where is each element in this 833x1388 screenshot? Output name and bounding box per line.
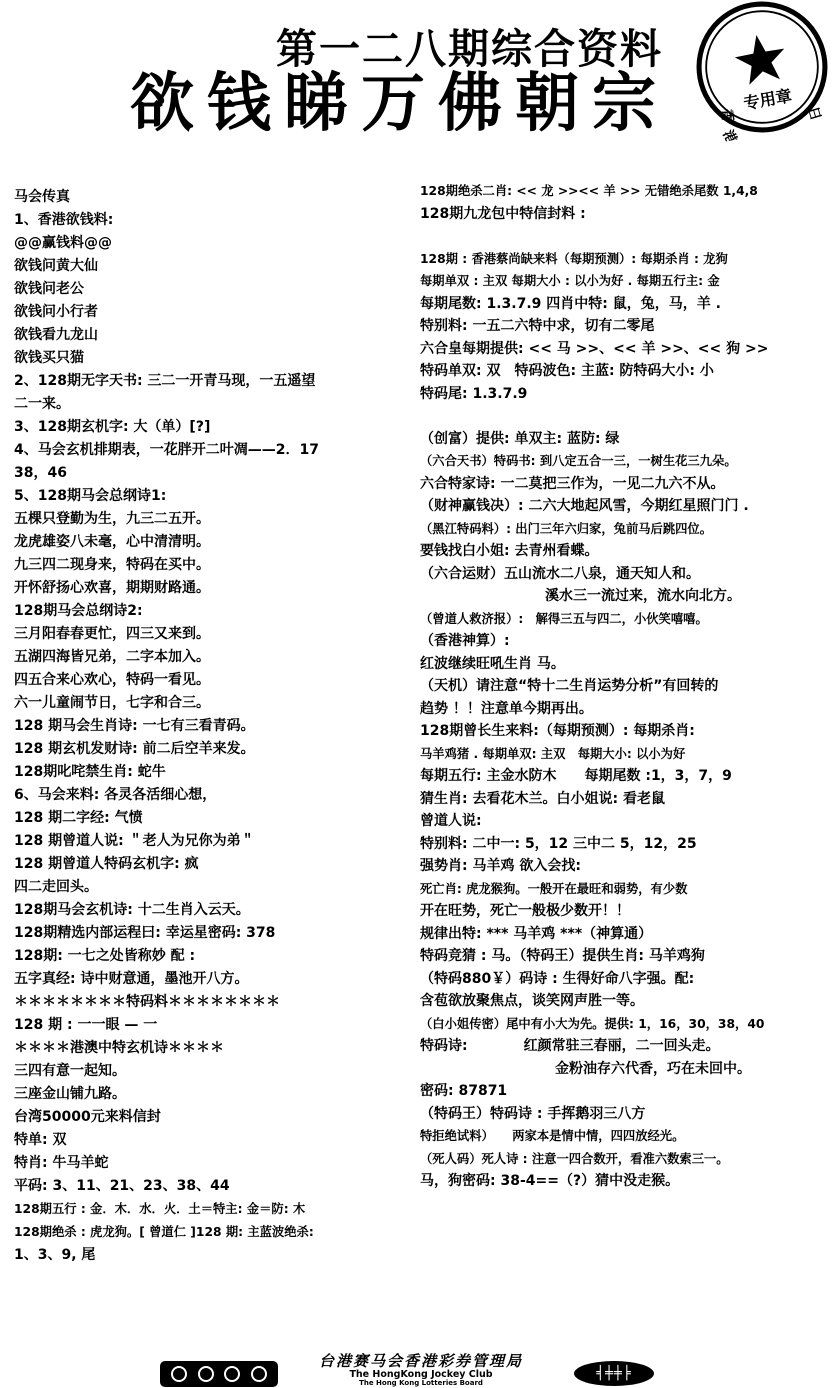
text-line: 128 期曾道人特码玄机字: 疯 (14, 853, 416, 876)
text-line: （曾道人救济报）: 解得三五与四二，小伙笑嘻嘻。 (420, 608, 831, 631)
text-line: 三月阳春春更忙，四三又来到。 (14, 623, 416, 646)
footer-right-oval-logo: ╡╪╪╞ (574, 1361, 654, 1386)
ornament-circle-icon (198, 1366, 214, 1382)
text-line: 3、128期玄机字: 大（单）[?] (14, 416, 416, 439)
text-line: 特码尾: 1.3.7.9 (420, 383, 831, 406)
footer-en-subname: The Hong Kong Lotteries Board (288, 1380, 554, 1387)
text-line: 每期尾数: 1.3.7.9 四肖中特: 鼠，兔，马，羊 . (420, 293, 831, 316)
text-line: 128期五行 : 金．木．水．火．土＝特主: 金＝防: 木 (14, 1198, 416, 1221)
text-line: 特码诗: 红颜常驻三春丽，二一回头走。 (420, 1035, 831, 1058)
text-line: 趋势 ！！注意单今期再出。 (420, 698, 831, 721)
text-line: 特拒绝试料） 两家本是情中情，四四放经光。 (420, 1125, 831, 1148)
text-line: 128期 : 香港蔡尚缺来料（每期预测）: 每期杀肖 : 龙狗 (420, 248, 831, 271)
footer-cn-name: 台港赛马会香港彩券管理局 (288, 1354, 554, 1369)
text-line: 规律出特: *** 马羊鸡 ***（神算通） (420, 923, 831, 946)
text-line: 三座金山铺九路。 (14, 1083, 416, 1106)
text-line: 6、马会来料: 各灵各活细心想， (14, 784, 416, 807)
text-line: 马羊鸡猪 . 每期单双: 主双 每期大小: 以小为好 (420, 743, 831, 766)
text-line: 1、3、9, 尾 (14, 1244, 416, 1267)
text-line: 128期叱咤禁生肖: 蛇牛 (14, 761, 416, 784)
text-line: （六合运财）五山流水二八泉，通天知人和。 (420, 563, 831, 586)
ornament-circle-icon (224, 1366, 240, 1382)
text-line: 台湾50000元来料信封 (14, 1106, 416, 1129)
text-line: （天机）请注意“特十二生肖运势分析”有回转的 (420, 675, 831, 698)
text-line: 五字真经: 诗中财意通，墨池开八方。 (14, 968, 416, 991)
star-icon (732, 31, 790, 87)
text-line: 128 期玄机发财诗: 前二后空羊来发。 (14, 738, 416, 761)
text-line: 五湖四海皆兄弟，二字本加入。 (14, 646, 416, 669)
text-line: 开怀舒扬心欢喜，期期财路通。 (14, 577, 416, 600)
text-line: （特码王）特码诗 : 手挥鹅羽三八方 (420, 1103, 831, 1126)
text-line: 128期精选内部运程曰: 幸运星密码: 378 (14, 922, 416, 945)
text-line: 38，46 (14, 462, 416, 485)
right-column: 128期绝杀二肖: << 龙 >><< 羊 >> 无错绝杀尾数 1,4,8128… (420, 132, 831, 1193)
text-line: 欲钱问黄大仙 (14, 255, 416, 278)
text-line: 密码: 87871 (420, 1080, 831, 1103)
text-line: 平码: 3、11、21、23、38、44 (14, 1175, 416, 1198)
text-line: 128期马会玄机诗: 十二生肖入云天。 (14, 899, 416, 922)
text-line (420, 405, 831, 428)
left-column: 马会传真1、香港欲钱料:@@赢钱料@@欲钱问黄大仙欲钱问老公欲钱问小行者欲钱看九… (14, 138, 416, 1267)
text-line: （香港神算）: (420, 630, 831, 653)
text-line: 每期单双 : 主双 每期大小 : 以小为好 . 每期五行主: 金 (420, 270, 831, 293)
text-line: 特码竞猜 : 马。（特码王）提供生肖: 马羊鸡狗 (420, 945, 831, 968)
seal-bottom-text: 专用章 (742, 86, 793, 113)
tip-sheet-page: 第一二八期综合资料 欲钱睇万佛朝宗 香港六合彩透码日报社 专用章 马会传真1、香… (0, 0, 833, 1388)
footer-organization: 台港赛马会香港彩券管理局 The HongKong Jockey Club Th… (288, 1354, 554, 1387)
text-line: 2、128期无字天书: 三二一开青马现，一五遥望 (14, 370, 416, 393)
text-line: 二一来。 (14, 393, 416, 416)
text-line: 死亡肖: 虎龙猴狗。一般开在最旺和弱势，有少数 (420, 878, 831, 901)
text-line: 1、香港欲钱料: (14, 209, 416, 232)
text-line: （死人码）死人诗 : 注意一四合数开，看准六数索三一。 (420, 1148, 831, 1171)
text-line: （创富）提供: 单双主: 蓝防: 绿 (420, 428, 831, 451)
text-line: 128期绝杀二肖: << 龙 >><< 羊 >> 无错绝杀尾数 1,4,8 (420, 180, 831, 203)
official-seal: 香港六合彩透码日报社 专用章 (684, 0, 833, 145)
text-line: 欲钱问老公 (14, 278, 416, 301)
text-line: 欲钱买只猫 (14, 347, 416, 370)
text-line: 六一儿童闹节日，七字和合三。 (14, 692, 416, 715)
text-line: 128 期 : 一一眼 — 一 (14, 1014, 416, 1037)
footer-left-seal-logo (160, 1361, 278, 1387)
text-line: 金粉油存六代香，巧在未回中。 (420, 1058, 831, 1081)
ornament-circle-icon (251, 1366, 267, 1382)
text-line: 欲钱问小行者 (14, 301, 416, 324)
text-line: 特单: 双 (14, 1129, 416, 1152)
text-line: 含苞欲放聚焦点，谈笑网声胜一等。 (420, 990, 831, 1013)
text-line: （白小姐传密）尾中有小大为先。提供: 1，16，30，38，40 (420, 1013, 831, 1036)
text-line: 128 期二字经: 气愤 (14, 807, 416, 830)
text-line: 128期绝杀 : 虎龙狗。[ 曾道仁 ]128 期: 主蓝波绝杀: (14, 1221, 416, 1244)
text-line: ＊＊＊＊＊＊＊＊特码料＊＊＊＊＊＊＊＊ (14, 991, 416, 1014)
text-line: 128期: 一七之处皆称妙 配 : (14, 945, 416, 968)
text-line: 红波继续旺吼生肖 马。 (420, 653, 831, 676)
ornament-circle-icon (171, 1366, 187, 1382)
text-line: 四五合来心欢心，特码一看见。 (14, 669, 416, 692)
text-line: 猜生肖: 去看花木兰。白小姐说: 看老鼠 (420, 788, 831, 811)
text-line: 特肖: 牛马羊蛇 (14, 1152, 416, 1175)
text-line: ＊＊＊＊港澳中特玄机诗＊＊＊＊ (14, 1037, 416, 1060)
text-line: 四二走回头。 (14, 876, 416, 899)
text-line: 欲钱看九龙山 (14, 324, 416, 347)
text-line: 特码单双: 双 特码波色: 主蓝: 防特码大小: 小 (420, 360, 831, 383)
text-line: 九三四二现身来，特码在买中。 (14, 554, 416, 577)
text-line: 128期九龙包中特信封料 : (420, 203, 831, 226)
text-line: 溪水三一流过来，流水向北方。 (420, 585, 831, 608)
text-line: 六合皇每期提供: << 马 >>、<< 羊 >>、<< 狗 >> (420, 338, 831, 361)
text-line: 每期五行: 主金水防木 每期尾数 :1，3，7，9 (420, 765, 831, 788)
text-line: @@赢钱料@@ (14, 232, 416, 255)
text-line: 五棵只登勤为生，九三二五开。 (14, 508, 416, 531)
text-line: 曾道人说: (420, 810, 831, 833)
text-line: （财神赢钱决）: 二六大地起风雪，今期红星照门门 . (420, 495, 831, 518)
text-line: 要钱找白小姐: 去青州看蝶。 (420, 540, 831, 563)
text-line: 128期马会总纲诗2: (14, 600, 416, 623)
text-line: 128期曾长生来料:（每期预测）: 每期杀肖: (420, 720, 831, 743)
text-line: 特别料: 二中一: 5，12 三中二 5，12，25 (420, 833, 831, 856)
text-line: （黑江特码料）: 出门三年六归家，兔前马后跳四位。 (420, 518, 831, 541)
text-line: （六合天书）特码书: 到八定五合一三，一树生花三九朵。 (420, 450, 831, 473)
text-line: 强势肖: 马羊鸡 欲入会找: (420, 855, 831, 878)
text-line: 特别料: 一五二六特中求，切有二零尾 (420, 315, 831, 338)
text-line: 开在旺势，死亡一般极少数开！！ (420, 900, 831, 923)
text-line (420, 225, 831, 248)
text-line: 4、马会玄机排期表，一花胖开二叶凋——2．17 (14, 439, 416, 462)
page-title: 欲钱睇万佛朝宗 (130, 52, 669, 144)
text-line: 128 期曾道人说: ＂老人为兄你为弟＂ (14, 830, 416, 853)
text-line: 马会传真 (14, 186, 416, 209)
text-line: 龙虎雄姿八未毫，心中清清明。 (14, 531, 416, 554)
text-line: 128 期马会生肖诗: 一七有三看青码。 (14, 715, 416, 738)
text-line: 马，狗密码: 38-4==（?）猜中没走猴。 (420, 1170, 831, 1193)
text-line: （特码880￥）码诗 : 生得好命八字强。配: (420, 968, 831, 991)
text-line: 三四有意一起知。 (14, 1060, 416, 1083)
text-line: 六合特家诗: 一二莫把三作为，一见二九六不从。 (420, 473, 831, 496)
text-line: 5、128期马会总纲诗1: (14, 485, 416, 508)
